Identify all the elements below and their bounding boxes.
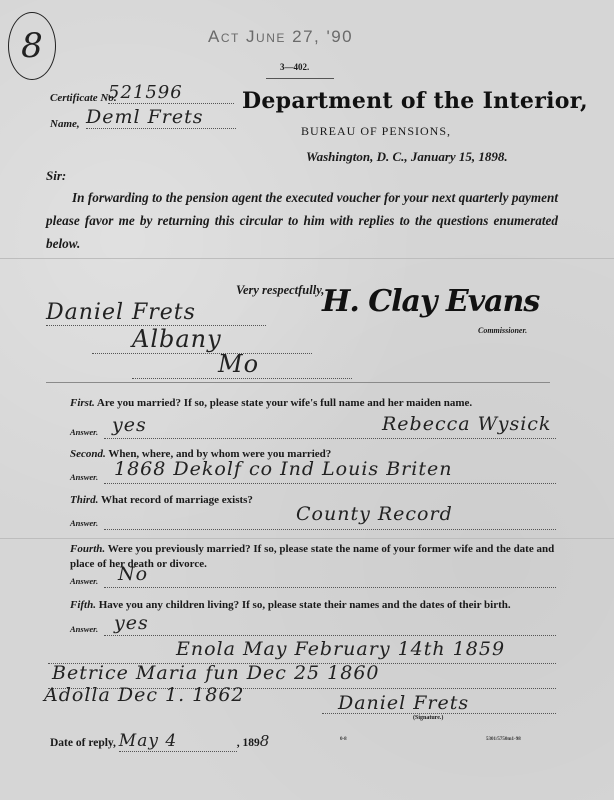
signature-label: (Signature.)	[413, 715, 443, 721]
question-first: First. Are you married? If so, please st…	[70, 397, 472, 409]
question-ordinal: Third.	[70, 494, 98, 506]
address-name: Daniel Frets	[46, 300, 266, 326]
fold-line	[0, 258, 614, 259]
address-state: Mo	[132, 350, 352, 379]
question-ordinal: First.	[70, 397, 95, 409]
file-number-mark: 8	[8, 12, 56, 80]
child-2: Betrice Maria fun Dec 25 1860	[52, 662, 380, 684]
document-page: 8 Act June 27, '90 3—402. Certificate No…	[0, 0, 614, 800]
answer-label: Answer.	[70, 576, 98, 586]
answer-first-b: Rebecca Wysick	[382, 413, 551, 435]
answer-line	[104, 529, 556, 530]
name-value: Deml Frets	[86, 106, 236, 129]
answer-first-a: yes	[112, 414, 147, 436]
name-label: Name,	[50, 118, 80, 130]
question-ordinal: Fourth.	[70, 543, 105, 555]
bureau-heading: BUREAU OF PENSIONS,	[301, 124, 451, 139]
place-date: Washington, D. C., January 15, 1898.	[306, 149, 508, 165]
answer-second: 1868 Dekolf co Ind Louis Briten	[114, 458, 452, 480]
question-fifth: Fifth. Have you any children living? If …	[70, 599, 511, 611]
department-heading: Department of the Interior,	[242, 88, 588, 114]
section-divider	[46, 382, 550, 383]
body-paragraph: In forwarding to the pension agent the e…	[46, 186, 558, 255]
date-of-reply-year-suffix: 8	[260, 732, 271, 750]
answer-line	[104, 635, 556, 636]
child-3: Adolla Dec 1. 1862	[44, 684, 245, 706]
child-1: Enola May February 14th 1859	[176, 638, 505, 660]
question-ordinal: Second.	[70, 448, 106, 460]
answer-line	[104, 587, 556, 588]
answer-fifth: yes	[114, 612, 149, 634]
closing: Very respectfully,	[236, 283, 324, 298]
date-of-reply-label: Date of reply,	[50, 737, 116, 749]
commissioner-signature: H. Clay Evans	[322, 284, 539, 319]
question-text: Are you married? If so, please state you…	[97, 397, 472, 409]
question-text: What record of marriage exists?	[101, 494, 253, 506]
answer-label: Answer.	[70, 624, 98, 634]
answer-third: County Record	[296, 503, 453, 525]
form-number-rule	[266, 78, 334, 79]
certificate-label: Certificate No.	[50, 92, 117, 104]
file-number-text: 8	[21, 26, 43, 66]
answer-label: Answer.	[70, 518, 98, 528]
answer-line	[104, 483, 556, 484]
answer-line	[104, 438, 556, 439]
question-third: Third. What record of marriage exists?	[70, 494, 253, 506]
answer-label: Answer.	[70, 427, 98, 437]
footer-code-left: 0-8	[340, 737, 347, 742]
question-text: Have you any children living? If so, ple…	[99, 599, 511, 611]
answer-fourth: No	[118, 563, 148, 585]
certificate-number: 521596	[108, 82, 234, 104]
question-ordinal: Fifth.	[70, 599, 96, 611]
date-of-reply: Date of reply, May 4, 1898	[50, 731, 270, 752]
form-number: 3—402.	[280, 62, 309, 72]
footer-code-right: 5301/5750m1-98	[486, 737, 521, 742]
answer-label: Answer.	[70, 472, 98, 482]
fold-line	[0, 538, 614, 539]
date-of-reply-year-prefix: , 189	[237, 737, 260, 749]
date-of-reply-value: May 4	[119, 731, 237, 752]
salutation: Sir:	[46, 168, 66, 184]
applicant-signature: Daniel Frets	[338, 692, 469, 714]
act-stamp: Act June 27, '90	[208, 27, 353, 47]
commissioner-title: Commissioner.	[478, 326, 527, 335]
